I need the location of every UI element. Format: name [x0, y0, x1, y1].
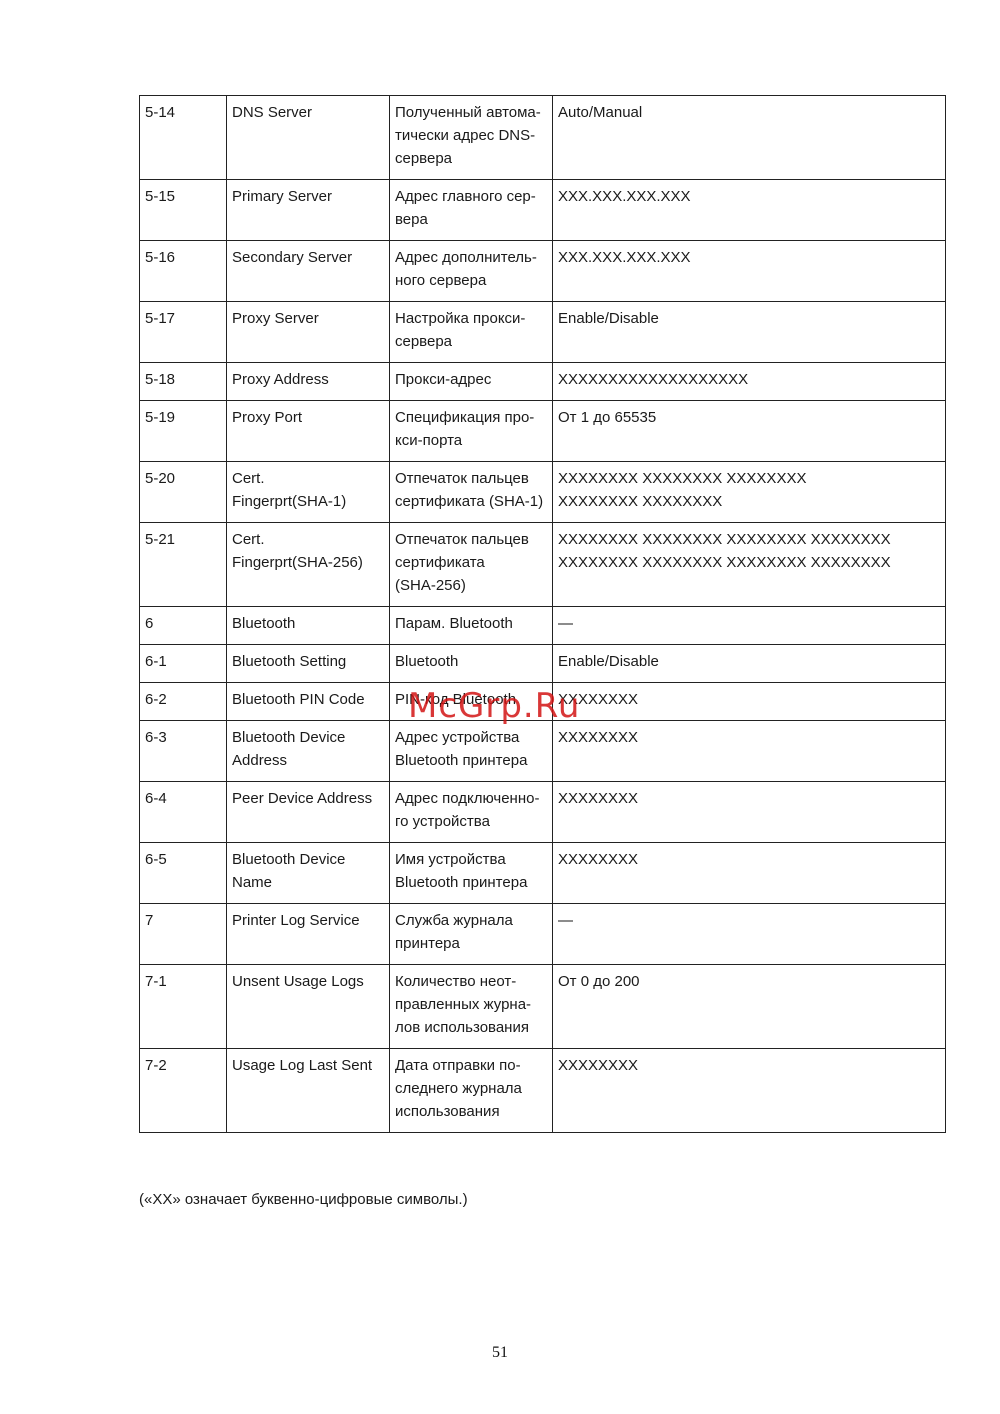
value-cell: — — [553, 904, 946, 965]
value-cell: От 1 до 65535 — [553, 401, 946, 462]
page-number: 51 — [0, 1344, 1000, 1362]
value-cell: XXXXXXXX — [553, 683, 946, 721]
row-id-cell: 5-20 — [140, 462, 227, 523]
table-row: 7-2Usage Log Last SentДата отправки по- … — [140, 1049, 946, 1133]
setting-name-cell: Cert. Fingerprt(SHA-256) — [227, 523, 390, 607]
setting-name-cell: Primary Server — [227, 180, 390, 241]
value-cell: XXXXXXXX XXXXXXXX XXXXXXXX XXXXXXXX XXXX… — [553, 462, 946, 523]
setting-name-cell: Printer Log Service — [227, 904, 390, 965]
table-row: 5-19Proxy PortСпецификация про- кси-порт… — [140, 401, 946, 462]
row-id-cell: 7-1 — [140, 965, 227, 1049]
setting-name-cell: Peer Device Address — [227, 782, 390, 843]
description-cell: Количество неот- правленных журна- лов и… — [390, 965, 553, 1049]
row-id-cell: 7 — [140, 904, 227, 965]
setting-name-cell: Secondary Server — [227, 241, 390, 302]
value-cell: — — [553, 607, 946, 645]
setting-name-cell: Bluetooth Setting — [227, 645, 390, 683]
row-id-cell: 5-18 — [140, 363, 227, 401]
table-row: 5-14DNS ServerПолученный автома- тически… — [140, 96, 946, 180]
table-row: 7Printer Log ServiceСлужба журнала принт… — [140, 904, 946, 965]
setting-name-cell: Bluetooth — [227, 607, 390, 645]
settings-table-body: 5-14DNS ServerПолученный автома- тически… — [140, 96, 946, 1133]
value-cell: XXXXXXXX XXXXXXXX XXXXXXXX XXXXXXXX XXXX… — [553, 523, 946, 607]
table-row: 5-18Proxy AddressПрокси-адресXXXXXXXXXXX… — [140, 363, 946, 401]
description-cell: Прокси-адрес — [390, 363, 553, 401]
table-row: 6-2Bluetooth PIN CodePIN-код BluetoothXX… — [140, 683, 946, 721]
setting-name-cell: Proxy Port — [227, 401, 390, 462]
row-id-cell: 6-3 — [140, 721, 227, 782]
table-row: 7-1Unsent Usage LogsКоличество неот- пра… — [140, 965, 946, 1049]
description-cell: Адрес устройства Bluetooth принтера — [390, 721, 553, 782]
row-id-cell: 5-14 — [140, 96, 227, 180]
table-row: 5-15Primary ServerАдрес главного сер- ве… — [140, 180, 946, 241]
setting-name-cell: Usage Log Last Sent — [227, 1049, 390, 1133]
table-row: 6-5Bluetooth Device NameИмя устройства B… — [140, 843, 946, 904]
value-cell: Enable/Disable — [553, 302, 946, 363]
table-row: 5-20Cert. Fingerprt(SHA-1)Отпечаток паль… — [140, 462, 946, 523]
row-id-cell: 6 — [140, 607, 227, 645]
value-cell: XXXXXXXX — [553, 1049, 946, 1133]
value-cell: От 0 до 200 — [553, 965, 946, 1049]
value-cell: Enable/Disable — [553, 645, 946, 683]
description-cell: Адрес главного сер- вера — [390, 180, 553, 241]
description-cell: Адрес подключенно- го устройства — [390, 782, 553, 843]
row-id-cell: 6-1 — [140, 645, 227, 683]
settings-table: 5-14DNS ServerПолученный автома- тически… — [139, 95, 946, 1133]
setting-name-cell: Proxy Server — [227, 302, 390, 363]
setting-name-cell: Cert. Fingerprt(SHA-1) — [227, 462, 390, 523]
description-cell: Дата отправки по- следнего журнала испол… — [390, 1049, 553, 1133]
setting-name-cell: Bluetooth PIN Code — [227, 683, 390, 721]
table-row: 6BluetoothПарам. Bluetooth— — [140, 607, 946, 645]
value-cell: XXXXXXXX — [553, 721, 946, 782]
description-cell: Парам. Bluetooth — [390, 607, 553, 645]
description-cell: Отпечаток пальцев сертификата (SHA-256) — [390, 523, 553, 607]
description-cell: Имя устройства Bluetooth принтера — [390, 843, 553, 904]
row-id-cell: 5-21 — [140, 523, 227, 607]
row-id-cell: 6-2 — [140, 683, 227, 721]
description-cell: PIN-код Bluetooth — [390, 683, 553, 721]
footnote: («XX» означает буквенно-цифровые символы… — [139, 1191, 468, 1208]
description-cell: Отпечаток пальцев сертификата (SHA-1) — [390, 462, 553, 523]
value-cell: XXXXXXXX — [553, 843, 946, 904]
row-id-cell: 7-2 — [140, 1049, 227, 1133]
table-row: 5-17Proxy ServerНастройка прокси- сервер… — [140, 302, 946, 363]
table-row: 6-1Bluetooth SettingBluetoothEnable/Disa… — [140, 645, 946, 683]
setting-name-cell: DNS Server — [227, 96, 390, 180]
description-cell: Спецификация про- кси-порта — [390, 401, 553, 462]
description-cell: Настройка прокси- сервера — [390, 302, 553, 363]
setting-name-cell: Unsent Usage Logs — [227, 965, 390, 1049]
value-cell: XXX.XXX.XXX.XXX — [553, 180, 946, 241]
table-row: 5-21Cert. Fingerprt(SHA-256)Отпечаток па… — [140, 523, 946, 607]
setting-name-cell: Bluetooth Device Name — [227, 843, 390, 904]
description-cell: Полученный автома- тически адрес DNS- се… — [390, 96, 553, 180]
table-row: 6-4Peer Device AddressАдрес подключенно-… — [140, 782, 946, 843]
description-cell: Bluetooth — [390, 645, 553, 683]
description-cell: Адрес дополнитель- ного сервера — [390, 241, 553, 302]
table-row: 5-16Secondary ServerАдрес дополнитель- н… — [140, 241, 946, 302]
row-id-cell: 6-4 — [140, 782, 227, 843]
row-id-cell: 5-17 — [140, 302, 227, 363]
row-id-cell: 6-5 — [140, 843, 227, 904]
row-id-cell: 5-15 — [140, 180, 227, 241]
value-cell: XXX.XXX.XXX.XXX — [553, 241, 946, 302]
description-cell: Служба журнала принтера — [390, 904, 553, 965]
table-row: 6-3Bluetooth Device AddressАдрес устройс… — [140, 721, 946, 782]
row-id-cell: 5-19 — [140, 401, 227, 462]
value-cell: XXXXXXXXXXXXXXXXXXX — [553, 363, 946, 401]
row-id-cell: 5-16 — [140, 241, 227, 302]
document-page: 5-14DNS ServerПолученный автома- тически… — [0, 0, 1000, 1414]
value-cell: Auto/Manual — [553, 96, 946, 180]
setting-name-cell: Bluetooth Device Address — [227, 721, 390, 782]
value-cell: XXXXXXXX — [553, 782, 946, 843]
setting-name-cell: Proxy Address — [227, 363, 390, 401]
